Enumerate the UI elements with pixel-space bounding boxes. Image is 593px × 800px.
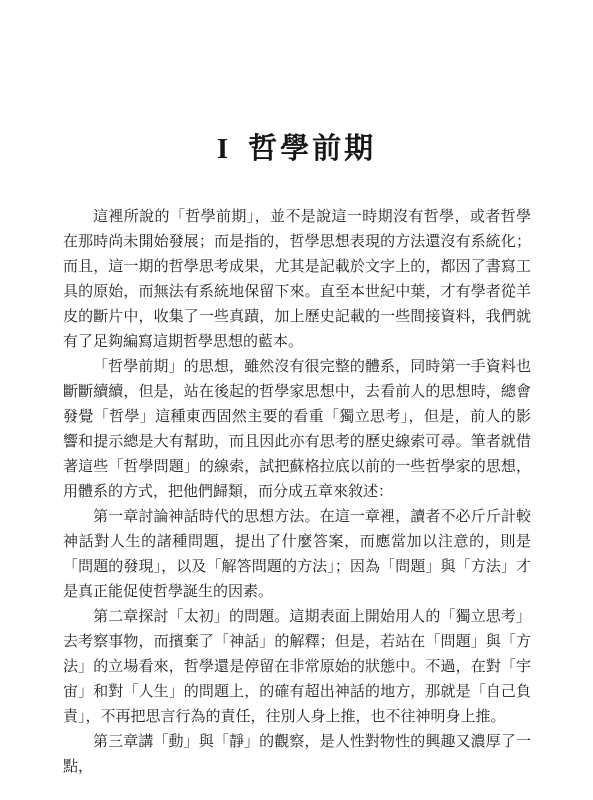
chapter-title: I哲學前期	[0, 126, 593, 167]
paragraph-5: 第三章講「動」與「靜」的觀察，是人性對物性的興趣又濃厚了一點，	[63, 730, 531, 780]
paragraph-1: 這裡所說的「哲學前期」，並不是說這一時期沒有哲學，或者哲學在那時尚未開始發展；而…	[63, 205, 531, 355]
paragraph-4: 第二章探討「太初」的問題。這期表面上開始用人的「獨立思考」去考察事物，而擯棄了「…	[63, 605, 531, 730]
chapter-title-text: 哲學前期	[248, 133, 376, 165]
paragraph-2: 「哲學前期」的思想，雖然沒有很完整的體系，同時第一手資料也斷斷續續，但是，站在後…	[63, 355, 531, 505]
book-page: I哲學前期 這裡所說的「哲學前期」，並不是說這一時期沒有哲學，或者哲學在那時尚未…	[0, 0, 593, 800]
chapter-numeral: I	[217, 133, 228, 166]
body-text: 這裡所說的「哲學前期」，並不是說這一時期沒有哲學，或者哲學在那時尚未開始發展；而…	[63, 205, 531, 780]
paragraph-3: 第一章討論神話時代的思想方法。在這一章裡，讀者不必斤斤計較神話對人生的諸種問題，…	[63, 505, 531, 605]
